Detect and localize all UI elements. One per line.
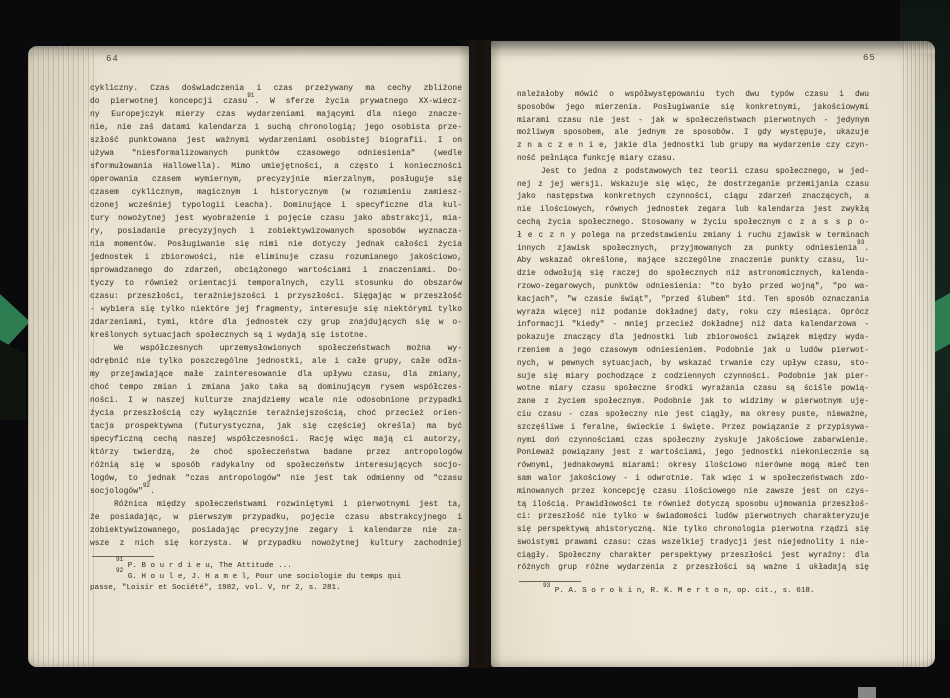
book-scan-scene: 64 cykliczny. Czas doświadczenia i czas …: [0, 0, 950, 698]
page-left: 64 cykliczny. Czas doświadczenia i czas …: [28, 46, 469, 667]
text-line: tyczy to również orientacji temporalnych…: [90, 277, 462, 290]
text-line: tury nowożytnej jest wyobrażenie i pojęc…: [90, 212, 462, 225]
footnotes-left: 91 P. B o u r d i e u, The Attitude ...9…: [90, 561, 462, 594]
text-line: zdarzeniami, tymi, które dla jednostek c…: [90, 316, 462, 329]
text-line: nej z jej wersji. Wskazuje się więc, że …: [517, 179, 869, 192]
text-line: ry, posiadanie precyzyjnych i zobiektywi…: [90, 225, 462, 238]
text-line: czonej wcześniej typologii Leacha). Domi…: [90, 199, 462, 212]
text-line: suje się miary pochodzące z codziennych …: [517, 371, 869, 384]
text-line: nia momentów. Posługiwanie się nimi nie …: [90, 238, 462, 251]
text-line: z n a c z e n i e, jakie dla jednostki l…: [517, 140, 869, 153]
text-line: jako następstwa konkretnych czynności, c…: [517, 191, 869, 204]
text-line: operowania czasem wymiernym, precyzyjnie…: [90, 173, 462, 186]
text-line: możliwym sposobem, ale jednym ze sposobó…: [517, 127, 869, 140]
text-line: równymi, jednakowymi miarami: okresy ilo…: [517, 460, 869, 473]
text-line: my przejawiające małe zainteresowanie dl…: [90, 368, 462, 381]
text-line: sprowadzanego do zdarzeń, obciążonego wa…: [90, 264, 462, 277]
text-line: cechą życia społecznego. Stosowany w życ…: [517, 217, 869, 230]
text-line: Ponieważ powiązany jest z wartościami, j…: [517, 447, 869, 460]
body-text-right: należałoby mówić o współwystępowaniu tyc…: [517, 89, 869, 575]
text-line: wsze z nich się korzysta. W przypadku no…: [90, 537, 462, 550]
text-line: ny Europejczyk mierzy czas wydarzeniami …: [90, 108, 462, 121]
background-notch: [858, 687, 876, 698]
page-edges-right: [903, 41, 935, 667]
text-line: nie ilościowych, równych jednostek zegar…: [517, 204, 869, 217]
text-line: minowanych przez koncepcję czasu ilościo…: [517, 486, 869, 499]
text-block-right: należałoby mówić o współwystępowaniu tyc…: [517, 89, 869, 597]
text-line: odrębnić nie tylko poszczególne jednostk…: [90, 355, 462, 368]
text-line: - wybiera się tylko niektóre jej fragmen…: [90, 303, 462, 316]
text-line: jednostek i zbiorowości, nie eliminuje c…: [90, 251, 462, 264]
body-text-left: cykliczny. Czas doświadczenia i czas prz…: [90, 82, 462, 550]
text-line: sformułowania Hallowella). Mimo umiejętn…: [90, 160, 462, 173]
page-number-left: 64: [106, 54, 119, 64]
text-line: choć tempo zmian i zmiana jako taka są d…: [90, 381, 462, 394]
text-line: używa "niesformalizowanych punktów czaso…: [90, 147, 462, 160]
text-line: wyraża więcej niż podanie dokładnej daty…: [517, 307, 869, 320]
text-line: nie, nie zaś datami kalendarza i suchą c…: [90, 121, 462, 134]
text-line: szłość punktowana jest ważnymi wydarzeni…: [90, 134, 462, 147]
text-block-left: cykliczny. Czas doświadczenia i czas prz…: [90, 82, 462, 594]
text-line: różnią się w sposób radykalny od społecz…: [90, 459, 462, 472]
text-line: kacjach", "w czasie świąt", "przed ślube…: [517, 294, 869, 307]
text-line: że posiadając, w pierwszym przypadku, po…: [90, 511, 462, 524]
text-line: wotne miary czasu społeczne środki wyraż…: [517, 383, 869, 396]
text-line: tą ilością. Prawidłowości te również dot…: [517, 499, 869, 512]
text-line: innych zjawisk społecznych, przyjmowanyc…: [517, 243, 869, 256]
text-line: ł e c z n y polega na przedstawieniu zmi…: [517, 230, 869, 243]
footnote-line: passe, "Loisir et Société", 1982, vol. V…: [90, 583, 462, 594]
text-line: ność pełniąca funkcję miary czasu.: [517, 153, 869, 166]
text-line: Aby wskazać określone, mające szczególne…: [517, 255, 869, 268]
text-line: ciągły. Społeczny charakter perspektywy …: [517, 550, 869, 563]
text-line: życia przeszłością czy wyłącznie teraźni…: [90, 407, 462, 420]
page-edges-left: [28, 46, 98, 667]
text-line: ciu czasu - czas społeczny nie jest ciąg…: [517, 409, 869, 422]
text-line: różnych grup różne wydarzenia z przeszło…: [517, 562, 869, 575]
text-line: Jest to jedna z podstawowych tez teorii …: [517, 166, 869, 179]
text-line: czasem cyklicznym, magicznym i historycz…: [90, 186, 462, 199]
text-line: dzie odwołują się raczej do społecznych …: [517, 268, 869, 281]
text-line: nymi doń czynnościami czas społeczny zys…: [517, 435, 869, 448]
text-line: kreślonych sytuacjach społecznych są i w…: [90, 329, 462, 342]
text-line: zobiektywizowanego, posiadając precyzyjn…: [90, 524, 462, 537]
page-number-right: 65: [863, 53, 876, 63]
text-line: szczęśliwe i feralne, świeckie i święte.…: [517, 422, 869, 435]
text-line: rzeniem a jego czasowym odniesieniem. Po…: [517, 345, 869, 358]
text-line: czasu: przeszłości, teraźniejszości i pr…: [90, 290, 462, 303]
text-line: do pierwotnej koncepcji czasu91. W sferz…: [90, 95, 462, 108]
text-line: należałoby mówić o współwystępowaniu tyc…: [517, 89, 869, 102]
page-top-edge-left: [28, 46, 469, 57]
page-right: 65 należałoby mówić o współwystępowaniu …: [491, 41, 935, 667]
text-line: informacji "kiedy" - mniej przecież dokł…: [517, 319, 869, 332]
text-line: ności. I w naszej kulturze znajdziemy wc…: [90, 394, 462, 407]
text-line: socjologów"92.: [90, 485, 462, 498]
text-line: miarami czasu nie jest - jak w społeczeń…: [517, 115, 869, 128]
text-line: ci: przeszłość nie tylko w świadomości l…: [517, 511, 869, 524]
text-line: sam walor jakościowy - i odwrotnie. Tak …: [517, 473, 869, 486]
footnote-line: 93 P. A. S o r o k i n, R. K. M e r t o …: [517, 586, 869, 597]
footnote-rule-right: [519, 581, 581, 582]
text-line: specyficzną cechą naszej współczesności.…: [90, 433, 462, 446]
text-line: swoistymi prawami czasu: czas wszelkiej …: [517, 537, 869, 550]
cover-shadow-left: [0, 340, 26, 420]
text-line: pokazuje znaczący dla jednostki lub zbio…: [517, 332, 869, 345]
text-line: tacja prospektywna (futurystyczna, jak s…: [90, 420, 462, 433]
text-line: się perspektywą ahistoryczną. Nie tylko …: [517, 524, 869, 537]
text-line: rzowo-zegarowych, punktów odniesienia: "…: [517, 281, 869, 294]
text-line: cykliczny. Czas doświadczenia i czas prz…: [90, 82, 462, 95]
footnote-rule-left: [92, 556, 154, 557]
text-line: zane z życiem społecznym. Podobnie jak t…: [517, 396, 869, 409]
text-line: którzy twierdzą, że choć społeczeństwa b…: [90, 446, 462, 459]
text-line: Różnica między społeczeństwami rozwinięt…: [90, 498, 462, 511]
text-line: We współczesnych uprzemysłowionych społe…: [90, 342, 462, 355]
text-line: sposobów jego mierzenia. Posługiwanie si…: [517, 102, 869, 115]
text-line: nych, w pewnych sytuacjach, by wskazać t…: [517, 358, 869, 371]
footnotes-right: 93 P. A. S o r o k i n, R. K. M e r t o …: [517, 586, 869, 597]
footnote-line: 92 G. H o u l e, J. H a m e l, Pour une …: [90, 572, 462, 583]
footnote-line: 91 P. B o u r d i e u, The Attitude ...: [90, 561, 462, 572]
